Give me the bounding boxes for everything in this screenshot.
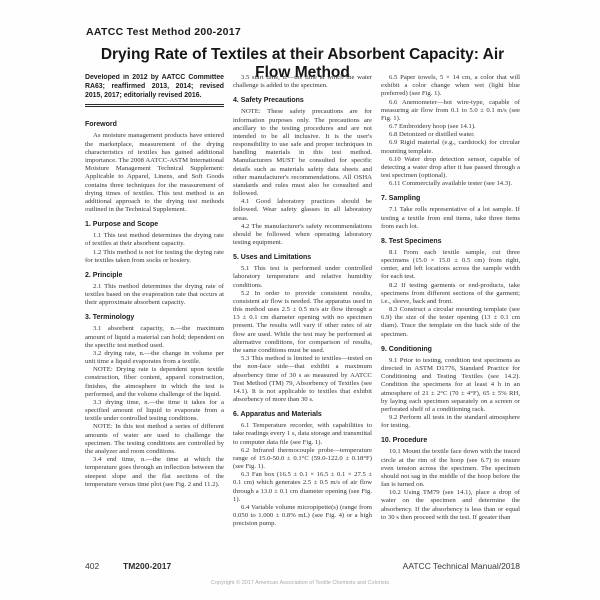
paragraph: 5.2 In order to provide consistent resul… xyxy=(233,290,372,355)
footer-page-number: 402 xyxy=(85,561,123,571)
paragraph: 6.2 Infrared thermocouple probe—temperat… xyxy=(233,447,372,472)
paragraph: 7.1 Take rolls representative of a lot s… xyxy=(381,206,520,231)
paragraph: 6.10 Water drop detection sensor, capabl… xyxy=(381,156,520,181)
paragraph: 6.9 Rigid material (e.g., cardstock) for… xyxy=(381,139,520,155)
section-heading: 8. Test Specimens xyxy=(381,238,520,245)
section-heading: 9. Conditioning xyxy=(381,346,520,353)
section-heading: 2. Principle xyxy=(85,272,224,279)
paragraph: NOTE: Drying rate is dependent upon text… xyxy=(85,366,224,399)
paragraph: 9.2 Perform all tests in the standard at… xyxy=(381,414,520,430)
paragraph: As moisture management products have ent… xyxy=(85,132,224,214)
footer-manual-title: AATCC Technical Manual/2018 xyxy=(403,561,520,571)
revision-note: Developed in 2012 by AATCC Committee RA6… xyxy=(85,74,224,107)
paragraph: 6.1 Temperature recorder, with capabilit… xyxy=(233,422,372,447)
section-heading: 1. Purpose and Scope xyxy=(85,221,224,228)
paragraph: 8.1 From each textile sample, cut three … xyxy=(381,249,520,282)
paragraph: 10.2 Using TM79 (see 14.1), place a drop… xyxy=(381,489,520,522)
column-left: Developed in 2012 by AATCC Committee RA6… xyxy=(85,74,224,558)
section-heading: 3. Terminology xyxy=(85,314,224,321)
paragraph: 4.2 The manufacturer's safety recommenda… xyxy=(233,223,372,248)
paragraph: 6.5 Paper towels, 5 × 14 cm, a color tha… xyxy=(381,74,520,99)
paragraph: 6.4 Variable volume micropipette(s) (ran… xyxy=(233,504,372,529)
section-heading: Foreword xyxy=(85,121,224,128)
paragraph: 3.3 drying time, n.—the time it takes fo… xyxy=(85,399,224,424)
column-right: 6.5 Paper towels, 5 × 14 cm, a color tha… xyxy=(381,74,520,558)
paragraph: 2.1 This method determines the drying ra… xyxy=(85,283,224,308)
paragraph: 6.8 Deionized or distilled water. xyxy=(381,131,520,139)
paragraph: 3.4 end time, n.—the time at which the t… xyxy=(85,456,224,489)
page-footer: 402 TM200-2017 AATCC Technical Manual/20… xyxy=(85,561,520,571)
paragraph: 5.3 This method is limited to textiles—t… xyxy=(233,355,372,404)
paragraph: 8.2 If testing garments or end-products,… xyxy=(381,282,520,307)
paragraph: 3.1 absorbent capacity, n.—the maximum a… xyxy=(85,325,224,350)
paragraph: 9.1 Prior to testing, condition test spe… xyxy=(381,357,520,414)
paragraph: 6.11 Commercially available tester (see … xyxy=(381,180,520,188)
section-heading: 7. Sampling xyxy=(381,195,520,202)
method-number: AATCC Test Method 200-2017 xyxy=(86,26,241,38)
paragraph: 5.1 This test is performed under control… xyxy=(233,265,372,290)
paragraph: 6.7 Embroidery hoop (see 14.1). xyxy=(381,123,520,131)
paragraph: NOTE: In this test method a series of di… xyxy=(85,423,224,456)
footer-method-id: TM200-2017 xyxy=(123,561,171,571)
document-page: AATCC Test Method 200-2017 Drying Rate o… xyxy=(0,0,600,600)
paragraph: 6.6 Anemometer—hot wire-type, capable of… xyxy=(381,99,520,124)
paragraph: 10.1 Mount the textile face down with th… xyxy=(381,448,520,489)
text-columns: Developed in 2012 by AATCC Committee RA6… xyxy=(85,74,520,558)
section-heading: 6. Apparatus and Materials xyxy=(233,411,372,418)
paragraph: 1.1 This test method determines the dryi… xyxy=(85,232,224,248)
section-heading: 4. Safety Precautions xyxy=(233,97,372,104)
paragraph: 4.1 Good laboratory practices should be … xyxy=(233,198,372,223)
paragraph: 8.3 Construct a circular mounting templa… xyxy=(381,306,520,339)
paragraph: 6.3 Fan box (16.5 ± 0.1 × 16.5 ± 0.1 × 2… xyxy=(233,471,372,504)
column-middle: 3.5 start time, n.—the time at which the… xyxy=(233,74,372,558)
paragraph: NOTE: These safety precautions are for i… xyxy=(233,108,372,198)
section-heading: 10. Procedure xyxy=(381,437,520,444)
paragraph: 3.5 start time, n.—the time at which the… xyxy=(233,74,372,90)
section-heading: 5. Uses and Limitations xyxy=(233,254,372,261)
paragraph: 1.2 This method is not for testing the d… xyxy=(85,249,224,265)
paragraph: 3.2 drying rate, n.—the change in volume… xyxy=(85,350,224,366)
footer-copyright: Copyright © 2017 American Association of… xyxy=(0,580,600,586)
